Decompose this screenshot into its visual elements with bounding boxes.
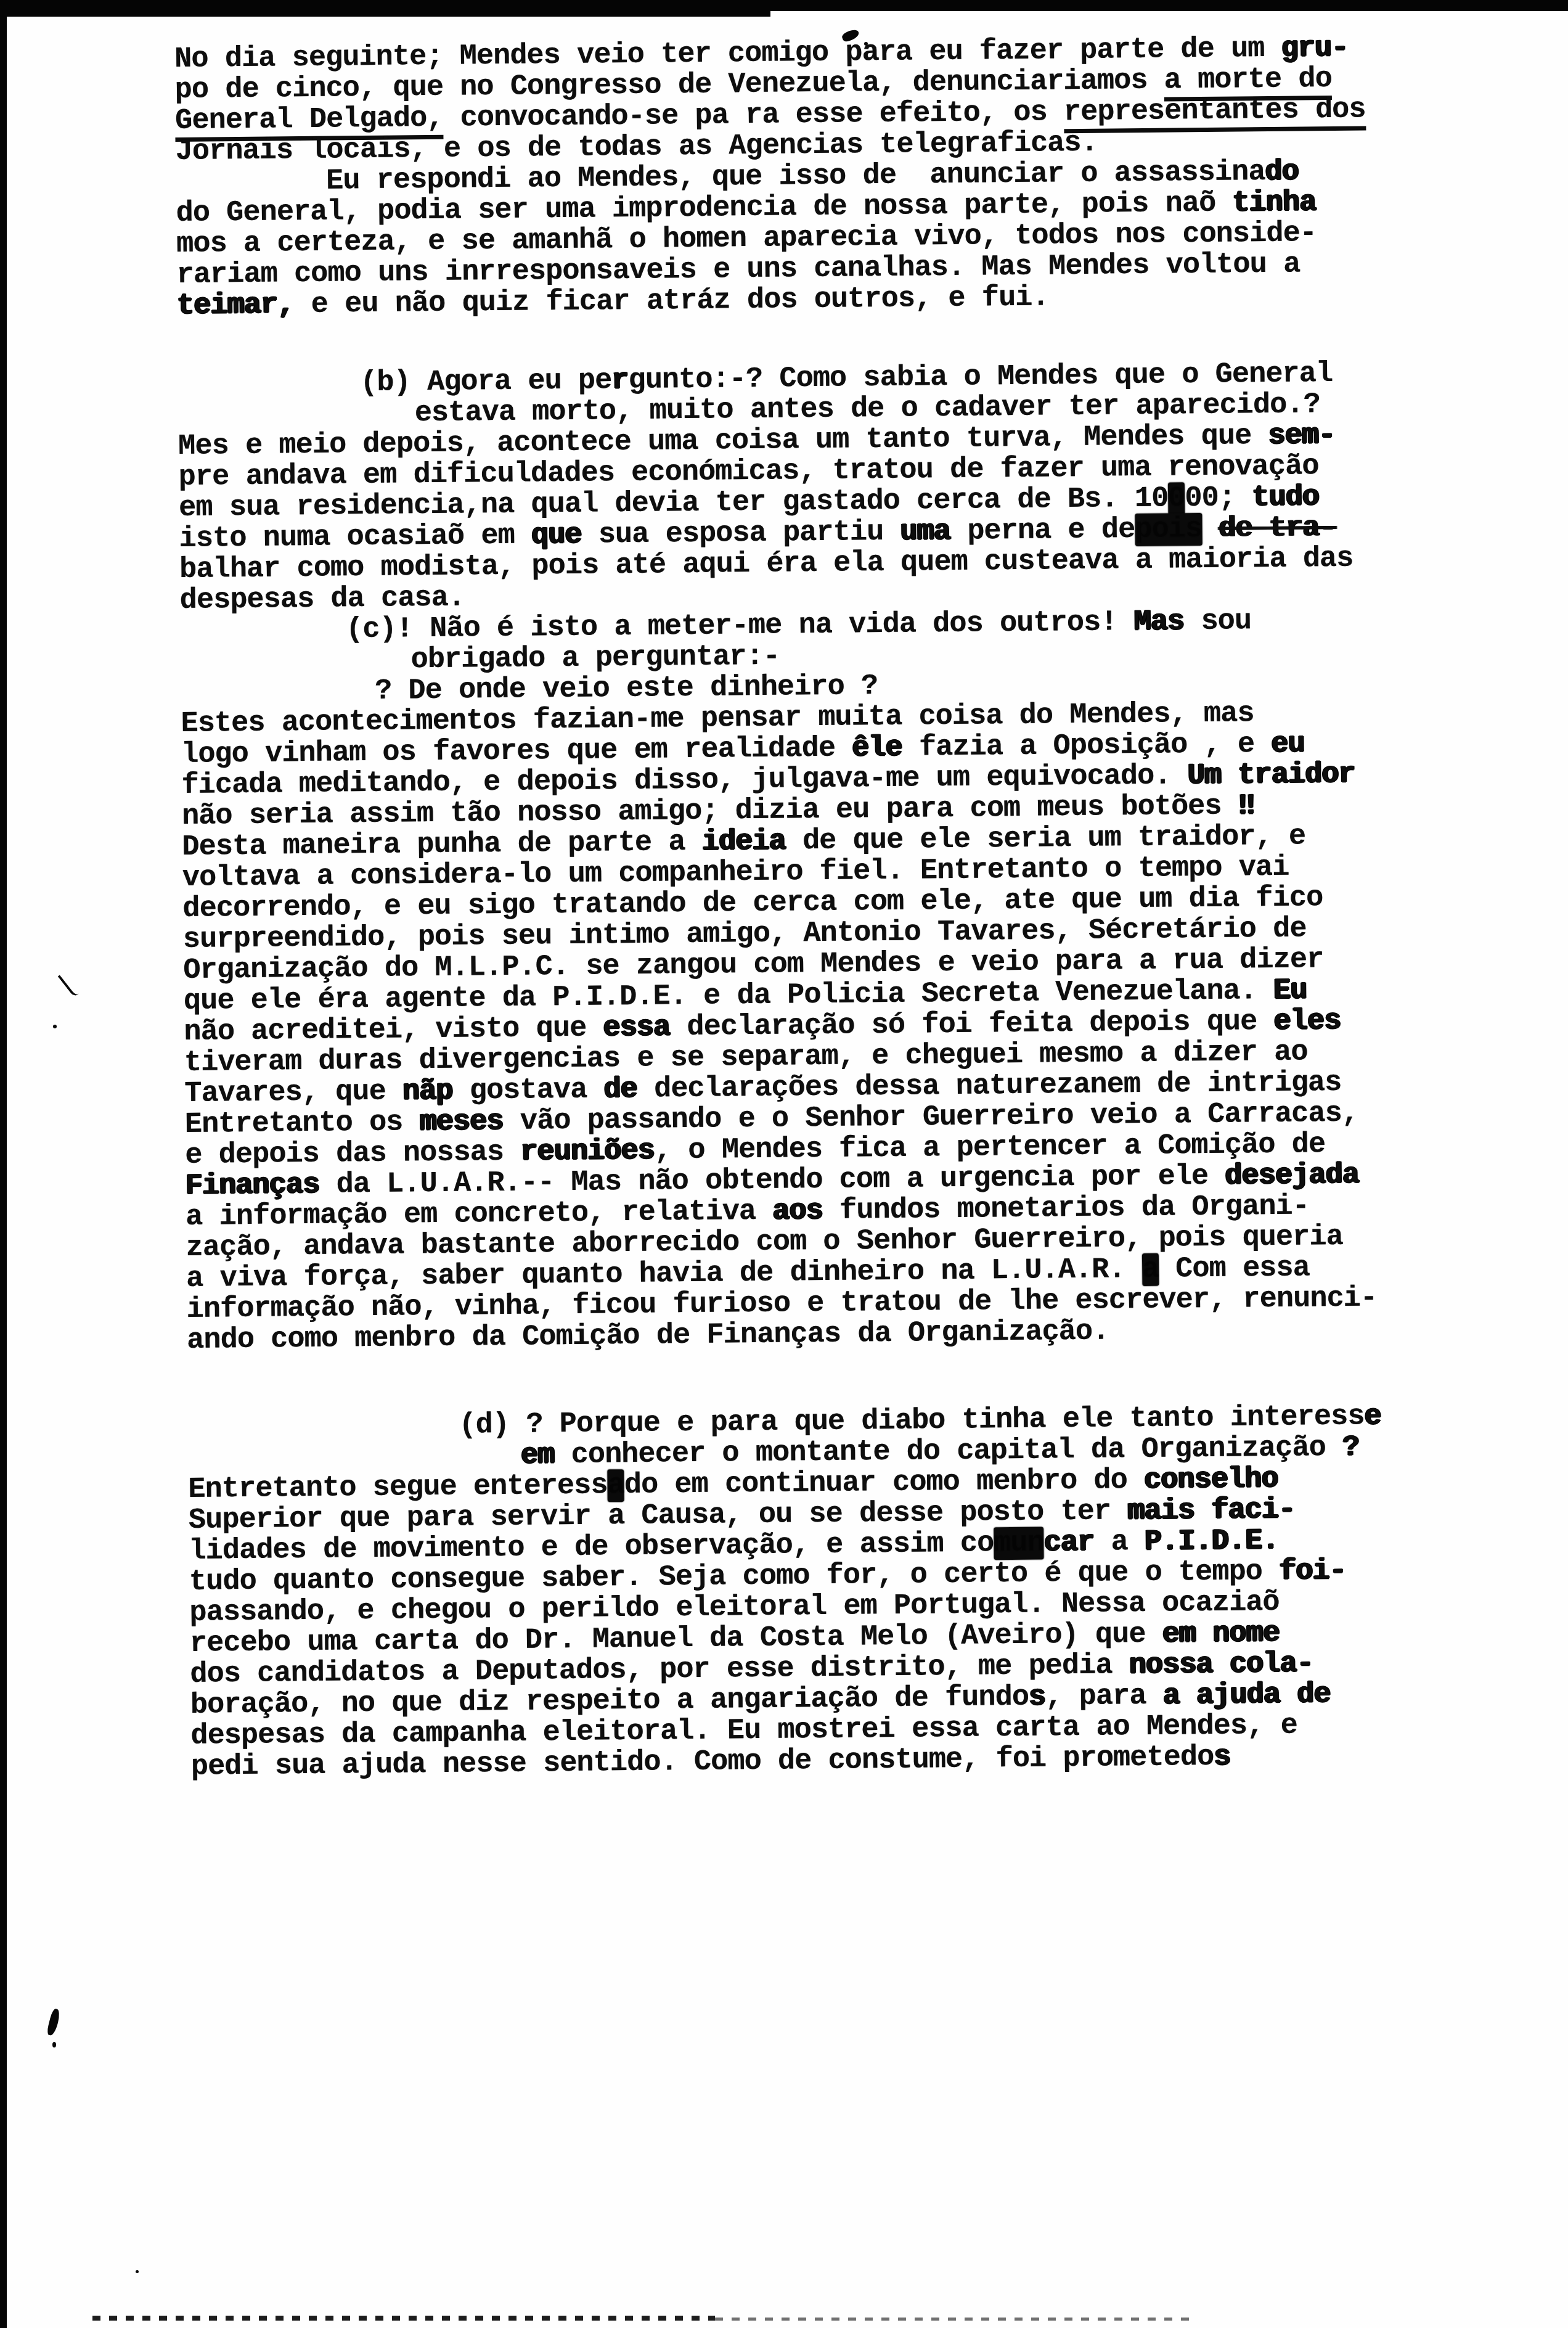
text-segment: Mas: [1133, 605, 1184, 639]
text-segment: Com essa: [1159, 1252, 1310, 1285]
text-segment: s: [1214, 1741, 1231, 1774]
text-segment: do: [1265, 156, 1299, 189]
text-segment: nãp: [402, 1075, 453, 1109]
text-segment: mais faci-: [1127, 1494, 1296, 1528]
text-segment: ideia: [702, 826, 786, 859]
text-segment: [1202, 513, 1219, 546]
text-segment: gostava: [452, 1073, 603, 1107]
text-segment: e: [1364, 1400, 1381, 1433]
text-segment: de tra-: [1219, 512, 1336, 546]
ink-comma-dot: [52, 2042, 56, 2047]
text-segment: em: [521, 1439, 555, 1472]
text-segment: P.I.D.E.: [1145, 1525, 1279, 1559]
text-segment: sem-: [1268, 419, 1335, 453]
text-segment: representantes dos: [1064, 93, 1366, 133]
text-segment: tudo: [1252, 481, 1319, 514]
text-segment: car: [1044, 1527, 1095, 1560]
text-segment: sua esposa partiu: [581, 516, 900, 552]
bottom-smudge-row-2: [715, 2318, 1190, 2321]
text-segment: conselho: [1144, 1463, 1278, 1497]
text-segment: 0: [1168, 482, 1185, 515]
text-segment: mun: [994, 1527, 1044, 1560]
text-segment: desejada: [1225, 1159, 1359, 1193]
scan-edge-top-left: [0, 0, 770, 17]
text-segment: em nome: [1162, 1617, 1280, 1651]
text-segment: a: [607, 1469, 624, 1502]
scan-edge-left: [0, 0, 7, 2328]
ink-comma-blob: [46, 2008, 61, 2036]
text-segment: s: [1029, 1681, 1046, 1714]
text-segment: aos: [772, 1195, 823, 1228]
text-segment: Eu: [1273, 974, 1307, 1007]
text-segment: e depois das nossas: [185, 1136, 521, 1172]
text-segment: Um traidor: [1187, 758, 1355, 793]
text-segment: meses: [419, 1105, 504, 1139]
text-segment: gru-: [1281, 32, 1348, 65]
text-segment: eles: [1273, 1005, 1341, 1038]
text-segment: , para: [1045, 1680, 1163, 1714]
text-segment: Tavares, que: [184, 1076, 402, 1110]
text-segment: tinha: [1232, 186, 1317, 219]
text-segment: r: [611, 364, 629, 397]
top-scribble-dot: [864, 42, 868, 46]
text-segment: foi-: [1279, 1555, 1346, 1588]
scanned-document-page: No dia seguinte; Mendes veio ter comigo …: [0, 0, 1568, 2328]
text-segment: essa: [603, 1011, 670, 1044]
text-segment: uma: [900, 515, 950, 549]
text-segment: ?: [1342, 1432, 1360, 1464]
text-segment: Finanças: [186, 1169, 320, 1203]
text-segment: despesas da casa.: [179, 582, 465, 617]
text-segment: nossa cola-: [1129, 1647, 1314, 1682]
text-segment: ‼: [1238, 790, 1256, 822]
text-segment: de: [603, 1073, 637, 1107]
text-segment: que: [531, 519, 582, 552]
typewritten-text: No dia seguinte; Mendes veio ter comigo …: [174, 31, 1535, 1783]
text-segment: Entretanto os: [185, 1106, 420, 1141]
bottom-smudge-row: [92, 2316, 715, 2321]
stray-dot: [136, 2270, 139, 2273]
text-segment: eu: [1271, 727, 1305, 761]
text-segment: a: [1094, 1526, 1145, 1559]
text-segment: (b) Agora eu pe: [360, 364, 612, 400]
text-segment: teimar,: [177, 289, 295, 322]
text-segment: reuniões: [520, 1135, 655, 1169]
text-segment: pois: [1135, 513, 1202, 546]
text-segment: 00;: [1185, 482, 1252, 515]
pen-dot: [53, 1025, 57, 1028]
text-segment: isto numa ocasiaõ em: [179, 519, 531, 555]
pen-stroke: [58, 973, 80, 998]
text-segment: sou: [1184, 605, 1251, 638]
text-segment: a ajuda de: [1162, 1678, 1331, 1713]
text-segment: a: [1142, 1253, 1159, 1286]
text-segment: êle: [852, 732, 902, 765]
text-segment: perna e de: [950, 514, 1135, 548]
